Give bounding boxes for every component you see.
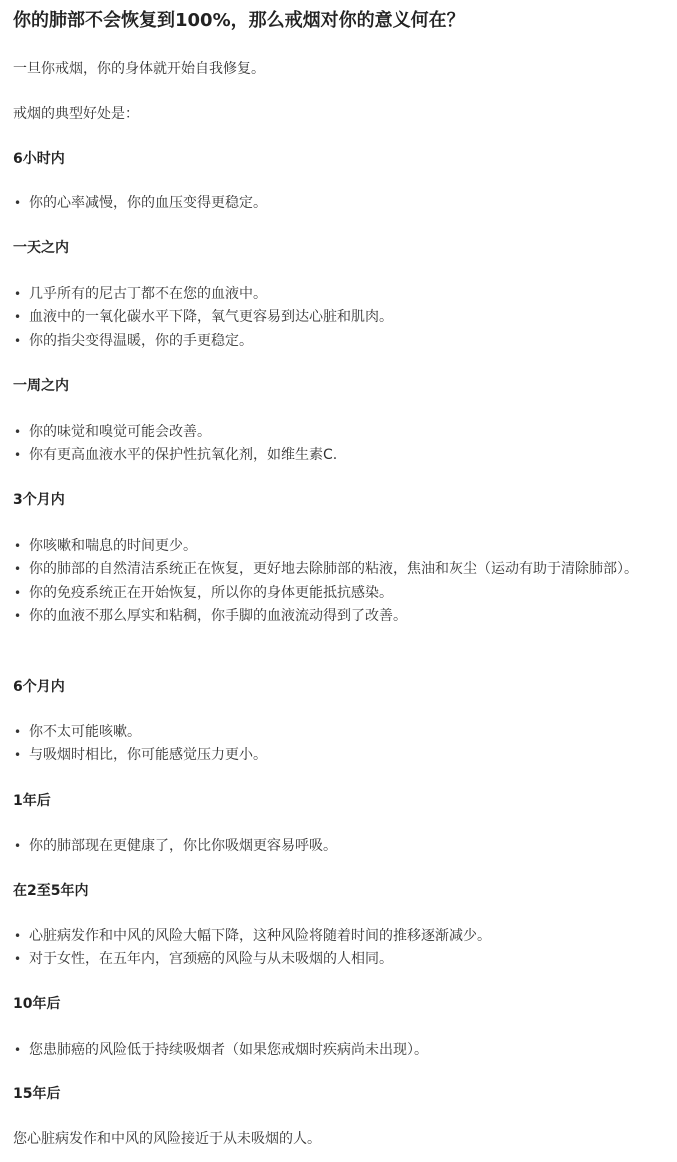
section-heading-15-years: 15年后 (13, 1083, 60, 1105)
section-list-6-hours: • 你的心率减慢，你的血压变得更稳定。 (13, 192, 664, 215)
list-item: • 心脏病发作和中风的风险大幅下降，这种风险将随着时间的推移逐渐减少。 (13, 925, 664, 948)
list-item: • 你的味觉和嗅觉可能会改善。 (13, 421, 664, 444)
section-heading-6-months: 6个月内 (13, 676, 65, 698)
bullet-icon: • (14, 605, 21, 628)
bullet-icon: • (14, 744, 21, 767)
list-item: • 您患肺癌的风险低于持续吸烟者（如果您戒烟时疾病尚未出现）。 (13, 1039, 664, 1062)
section-heading-6-hours: 6小时内 (13, 148, 65, 170)
list-item: • 你的肺部的自然清洁系统正在恢复，更好地去除肺部的粘液，焦油和灰尘（运动有助于… (13, 558, 664, 581)
section-list-3-months: • 你咳嗽和喘息的时间更少。 • 你的肺部的自然清洁系统正在恢复，更好地去除肺部… (13, 535, 664, 628)
bullet-icon: • (14, 306, 21, 329)
section-list-1-day: • 几乎所有的尼古丁都不在您的血液中。 • 血液中的一氧化碳水平下降，氧气更容易… (13, 283, 664, 353)
section-heading-1-week: 一周之内 (13, 375, 69, 397)
bullet-icon: • (14, 721, 21, 744)
intro-paragraph: 一旦你戒烟，你的身体就开始自我修复。 (13, 58, 265, 80)
list-item: • 几乎所有的尼古丁都不在您的血液中。 (13, 283, 664, 306)
section-heading-10-years: 10年后 (13, 993, 60, 1015)
list-item: • 血液中的一氧化碳水平下降，氧气更容易到达心脏和肌肉。 (13, 306, 664, 329)
list-item: • 你的指尖变得温暖，你的手更稳定。 (13, 330, 664, 353)
section-heading-1-year: 1年后 (13, 790, 51, 812)
bullet-icon: • (14, 330, 21, 353)
bullet-icon: • (14, 582, 21, 605)
bullet-icon: • (14, 558, 21, 581)
list-item: • 你不太可能咳嗽。 (13, 721, 664, 744)
bullet-icon: • (14, 535, 21, 558)
list-item: • 对于女性，在五年内，宫颈癌的风险与从未吸烟的人相同。 (13, 948, 664, 971)
section-list-10-years: • 您患肺癌的风险低于持续吸烟者（如果您戒烟时疾病尚未出现）。 (13, 1039, 664, 1062)
list-item: • 你的免疫系统正在开始恢复，所以你的身体更能抵抗感染。 (13, 582, 664, 605)
list-item: • 与吸烟时相比，你可能感觉压力更小。 (13, 744, 664, 767)
section-list-6-months: • 你不太可能咳嗽。 • 与吸烟时相比，你可能感觉压力更小。 (13, 721, 664, 768)
list-item: • 你的肺部现在更健康了，你比你吸烟更容易呼吸。 (13, 835, 664, 858)
bullet-icon: • (14, 1039, 21, 1062)
bullet-icon: • (14, 948, 21, 971)
article-title: 你的肺部不会恢复到100%，那么戒烟对你的意义何在？ (13, 9, 465, 33)
bullet-icon: • (14, 444, 21, 467)
section-list-1-week: • 你的味觉和嗅觉可能会改善。 • 你有更高血液水平的保护性抗氧化剂，如维生素C… (13, 421, 664, 468)
list-item: • 你咳嗽和喘息的时间更少。 (13, 535, 664, 558)
bullet-icon: • (14, 283, 21, 306)
section-heading-3-months: 3个月内 (13, 489, 65, 511)
bullet-icon: • (14, 925, 21, 948)
bullet-icon: • (14, 421, 21, 444)
bullet-icon: • (14, 192, 21, 215)
bullet-icon: • (14, 835, 21, 858)
section-list-1-year: • 你的肺部现在更健康了，你比你吸烟更容易呼吸。 (13, 835, 664, 858)
section-paragraph-15-years: 您心脏病发作和中风的风险接近于从未吸烟的人。 (13, 1128, 321, 1150)
benefits-intro-paragraph: 戒烟的典型好处是： (13, 103, 139, 125)
section-list-2-to-5-years: • 心脏病发作和中风的风险大幅下降，这种风险将随着时间的推移逐渐减少。 • 对于… (13, 925, 664, 972)
section-heading-2-to-5-years: 在2至5年内 (13, 880, 88, 902)
list-item: • 你有更高血液水平的保护性抗氧化剂，如维生素C. (13, 444, 664, 467)
list-item: • 你的血液不那么厚实和粘稠，你手脚的血液流动得到了改善。 (13, 605, 664, 628)
list-item: • 你的心率减慢，你的血压变得更稳定。 (13, 192, 664, 215)
section-heading-1-day: 一天之内 (13, 237, 69, 259)
